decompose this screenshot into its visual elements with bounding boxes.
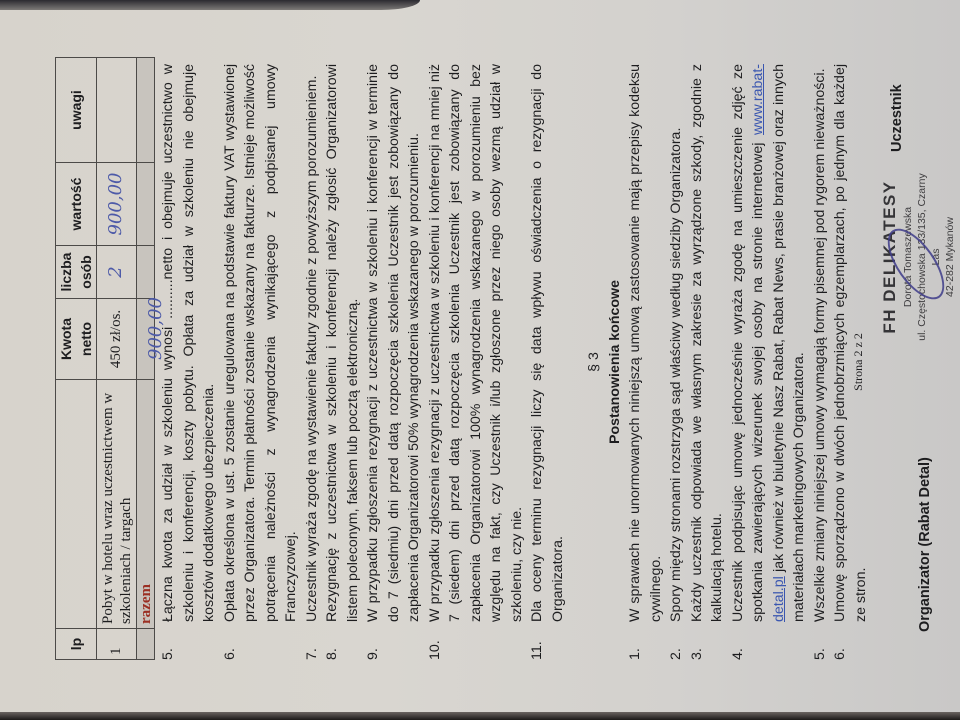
section-number: § 3: [584, 64, 605, 660]
header-lp: lp: [56, 629, 97, 660]
handwritten-amount: 900,00: [146, 297, 167, 360]
header-description: [56, 380, 97, 629]
header-liczba: liczba osób: [56, 246, 97, 299]
header-wartosc: wartość: [56, 163, 97, 246]
section-2-list: 5. Łączna kwota za udział w szkoleniu wy…: [158, 64, 960, 660]
list-item: 1.W sprawach nie unormowanych niniejszą …: [625, 64, 666, 660]
cost-table: lp Kwota netto liczba osób wartość uwagi…: [55, 57, 155, 660]
table-row: 1 Pobyt w hotelu wraz uczestnictwem w sz…: [97, 58, 137, 660]
row-wartosc: 900,00: [97, 163, 137, 246]
section-title: Postanowienia końcowe: [605, 64, 626, 660]
header-kwota: Kwota netto: [56, 299, 97, 380]
row-liczba: 2: [97, 246, 137, 299]
participant-label: Uczestnik: [887, 84, 908, 152]
row-uwagi: [97, 58, 137, 163]
list-item: 3.Każdy uczestnik odpowiada we własnym z…: [687, 64, 728, 660]
total-label: razem: [137, 380, 155, 629]
table-header-row: lp Kwota netto liczba osób wartość uwagi: [56, 58, 97, 660]
list-item: 5.Wszelkie zmiany niniejszej umowy wymag…: [810, 64, 831, 660]
list-item: 5. Łączna kwota za udział w szkoleniu wy…: [158, 64, 220, 660]
list-item: 9.W przypadku zgłoszenia rezygnacji z uc…: [363, 64, 425, 660]
list-item: 4. Uczestnik podpisując umowę jednocześn…: [728, 64, 810, 660]
list-item: 10.W przypadku zgłoszenia rezygnacji z u…: [425, 64, 528, 660]
signature-area: Organizator (Rabat Detal) Uczestnik FH D…: [879, 64, 960, 660]
list-item: 7.Uczestnik wyraża zgodę na wystawienie …: [302, 64, 323, 660]
header-uwagi: uwagi: [56, 58, 97, 163]
row-lp: 1: [97, 629, 137, 660]
list-item: 8.Rezygnację z uczestnictwa w szkoleniu …: [322, 64, 363, 660]
organizer-label: Organizator (Rabat Detal): [915, 457, 936, 632]
list-item: 2.Spory między stronami rozstrzyga sąd w…: [666, 64, 687, 660]
page-footer: Strona 2 z 2: [848, 6, 869, 718]
list-item: 6.Opłata określona w ust. 5 zostanie ure…: [220, 64, 302, 660]
row-kwota: 450 zł/os.: [97, 299, 137, 380]
row-description: Pobyt w hotelu wraz uczestnictwem w szko…: [97, 380, 137, 629]
document-page: lp Kwota netto liczba osób wartość uwagi…: [0, 6, 960, 718]
list-item: 11.Dla oceny terminu rezygnacji liczy si…: [527, 64, 568, 660]
